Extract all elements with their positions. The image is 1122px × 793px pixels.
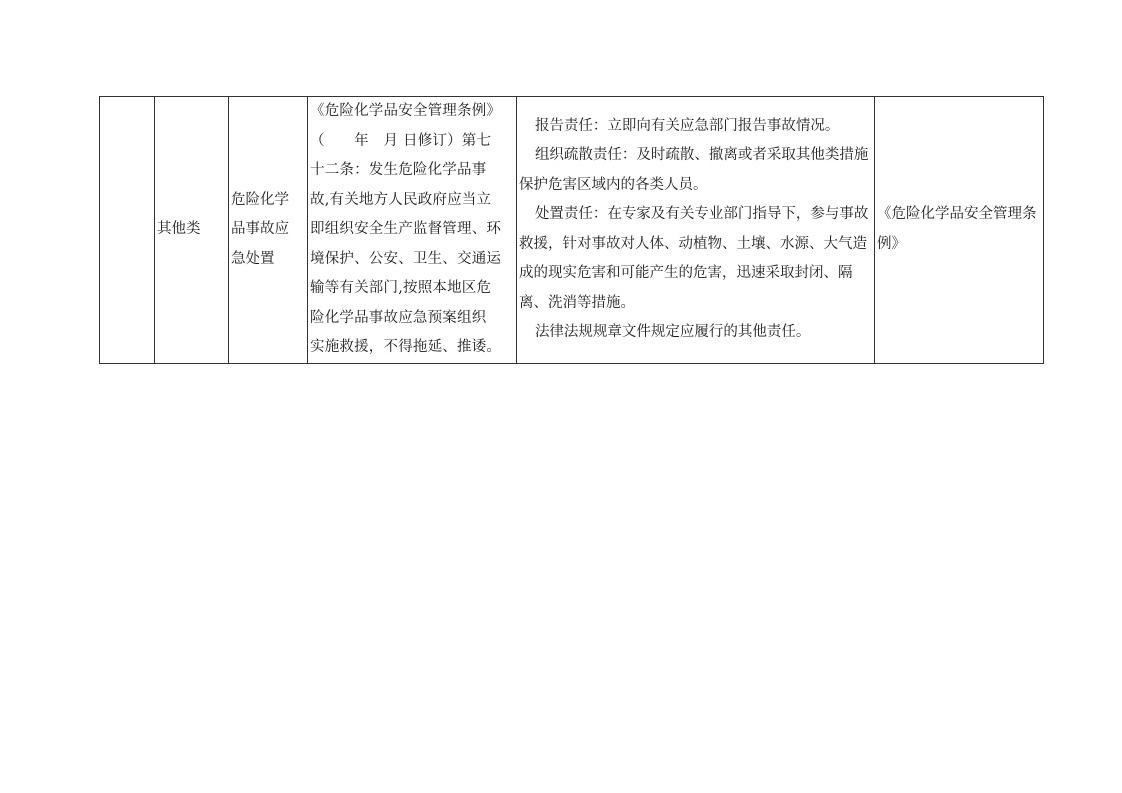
legal-basis-line: 险化学品事故应急预案组织 — [310, 304, 514, 334]
responsibilities-cell: 报告责任：立即向有关应急部门报告事故情况。 组织疏散责任：及时疏散、撤离或者采取… — [517, 97, 875, 364]
index-cell — [100, 97, 155, 364]
item-name-cell: 危险化学 品事故应 急处置 — [229, 97, 308, 364]
responsibility-report: 报告责任：立即向有关应急部门报告事故情况。 — [519, 112, 872, 142]
legal-basis-line: 《危险化学品安全管理条例》 — [310, 97, 514, 127]
legal-basis-line: 故,有关地方人民政府应当立 — [310, 186, 514, 216]
table-row: 其他类 危险化学 品事故应 急处置 《危险化学品安全管理条例》 （ 年 月 日修… — [100, 97, 1044, 364]
legal-basis-line: 输等有关部门,按照本地区危 — [310, 274, 514, 304]
category-cell: 其他类 — [155, 97, 229, 364]
legal-basis-line: （ 年 月 日修订）第七 — [310, 127, 514, 157]
legal-basis-line: 即组织安全生产监督管理、环 — [310, 215, 514, 245]
responsibility-disposal: 处置责任：在专家及有关专业部门指导下，参与事故救援，针对事故对人体、动植物、土壤… — [519, 200, 872, 318]
legal-basis-line: 十二条：发生危险化学品事 — [310, 156, 514, 186]
item-name-line: 品事故应 — [231, 215, 305, 245]
legal-basis-cell: 《危险化学品安全管理条例》 （ 年 月 日修订）第七 十二条：发生危险化学品事 … — [308, 97, 517, 364]
responsibility-table: 其他类 危险化学 品事故应 急处置 《危险化学品安全管理条例》 （ 年 月 日修… — [99, 96, 1044, 364]
item-name-line: 急处置 — [231, 245, 305, 275]
responsibility-evacuation: 组织疏散责任：及时疏散、撤离或者采取其他类措施保护危害区域内的各类人员。 — [519, 141, 872, 200]
responsibility-other: 法律法规规章文件规定应履行的其他责任。 — [519, 318, 872, 348]
legal-basis-line: 境保护、公安、卫生、交通运 — [310, 245, 514, 275]
legal-basis-line: 实施救援，不得拖延、推诿。 — [310, 333, 514, 363]
reference-cell: 《危险化学品安全管理条例》 — [875, 97, 1044, 364]
item-name-line: 危险化学 — [231, 186, 305, 216]
